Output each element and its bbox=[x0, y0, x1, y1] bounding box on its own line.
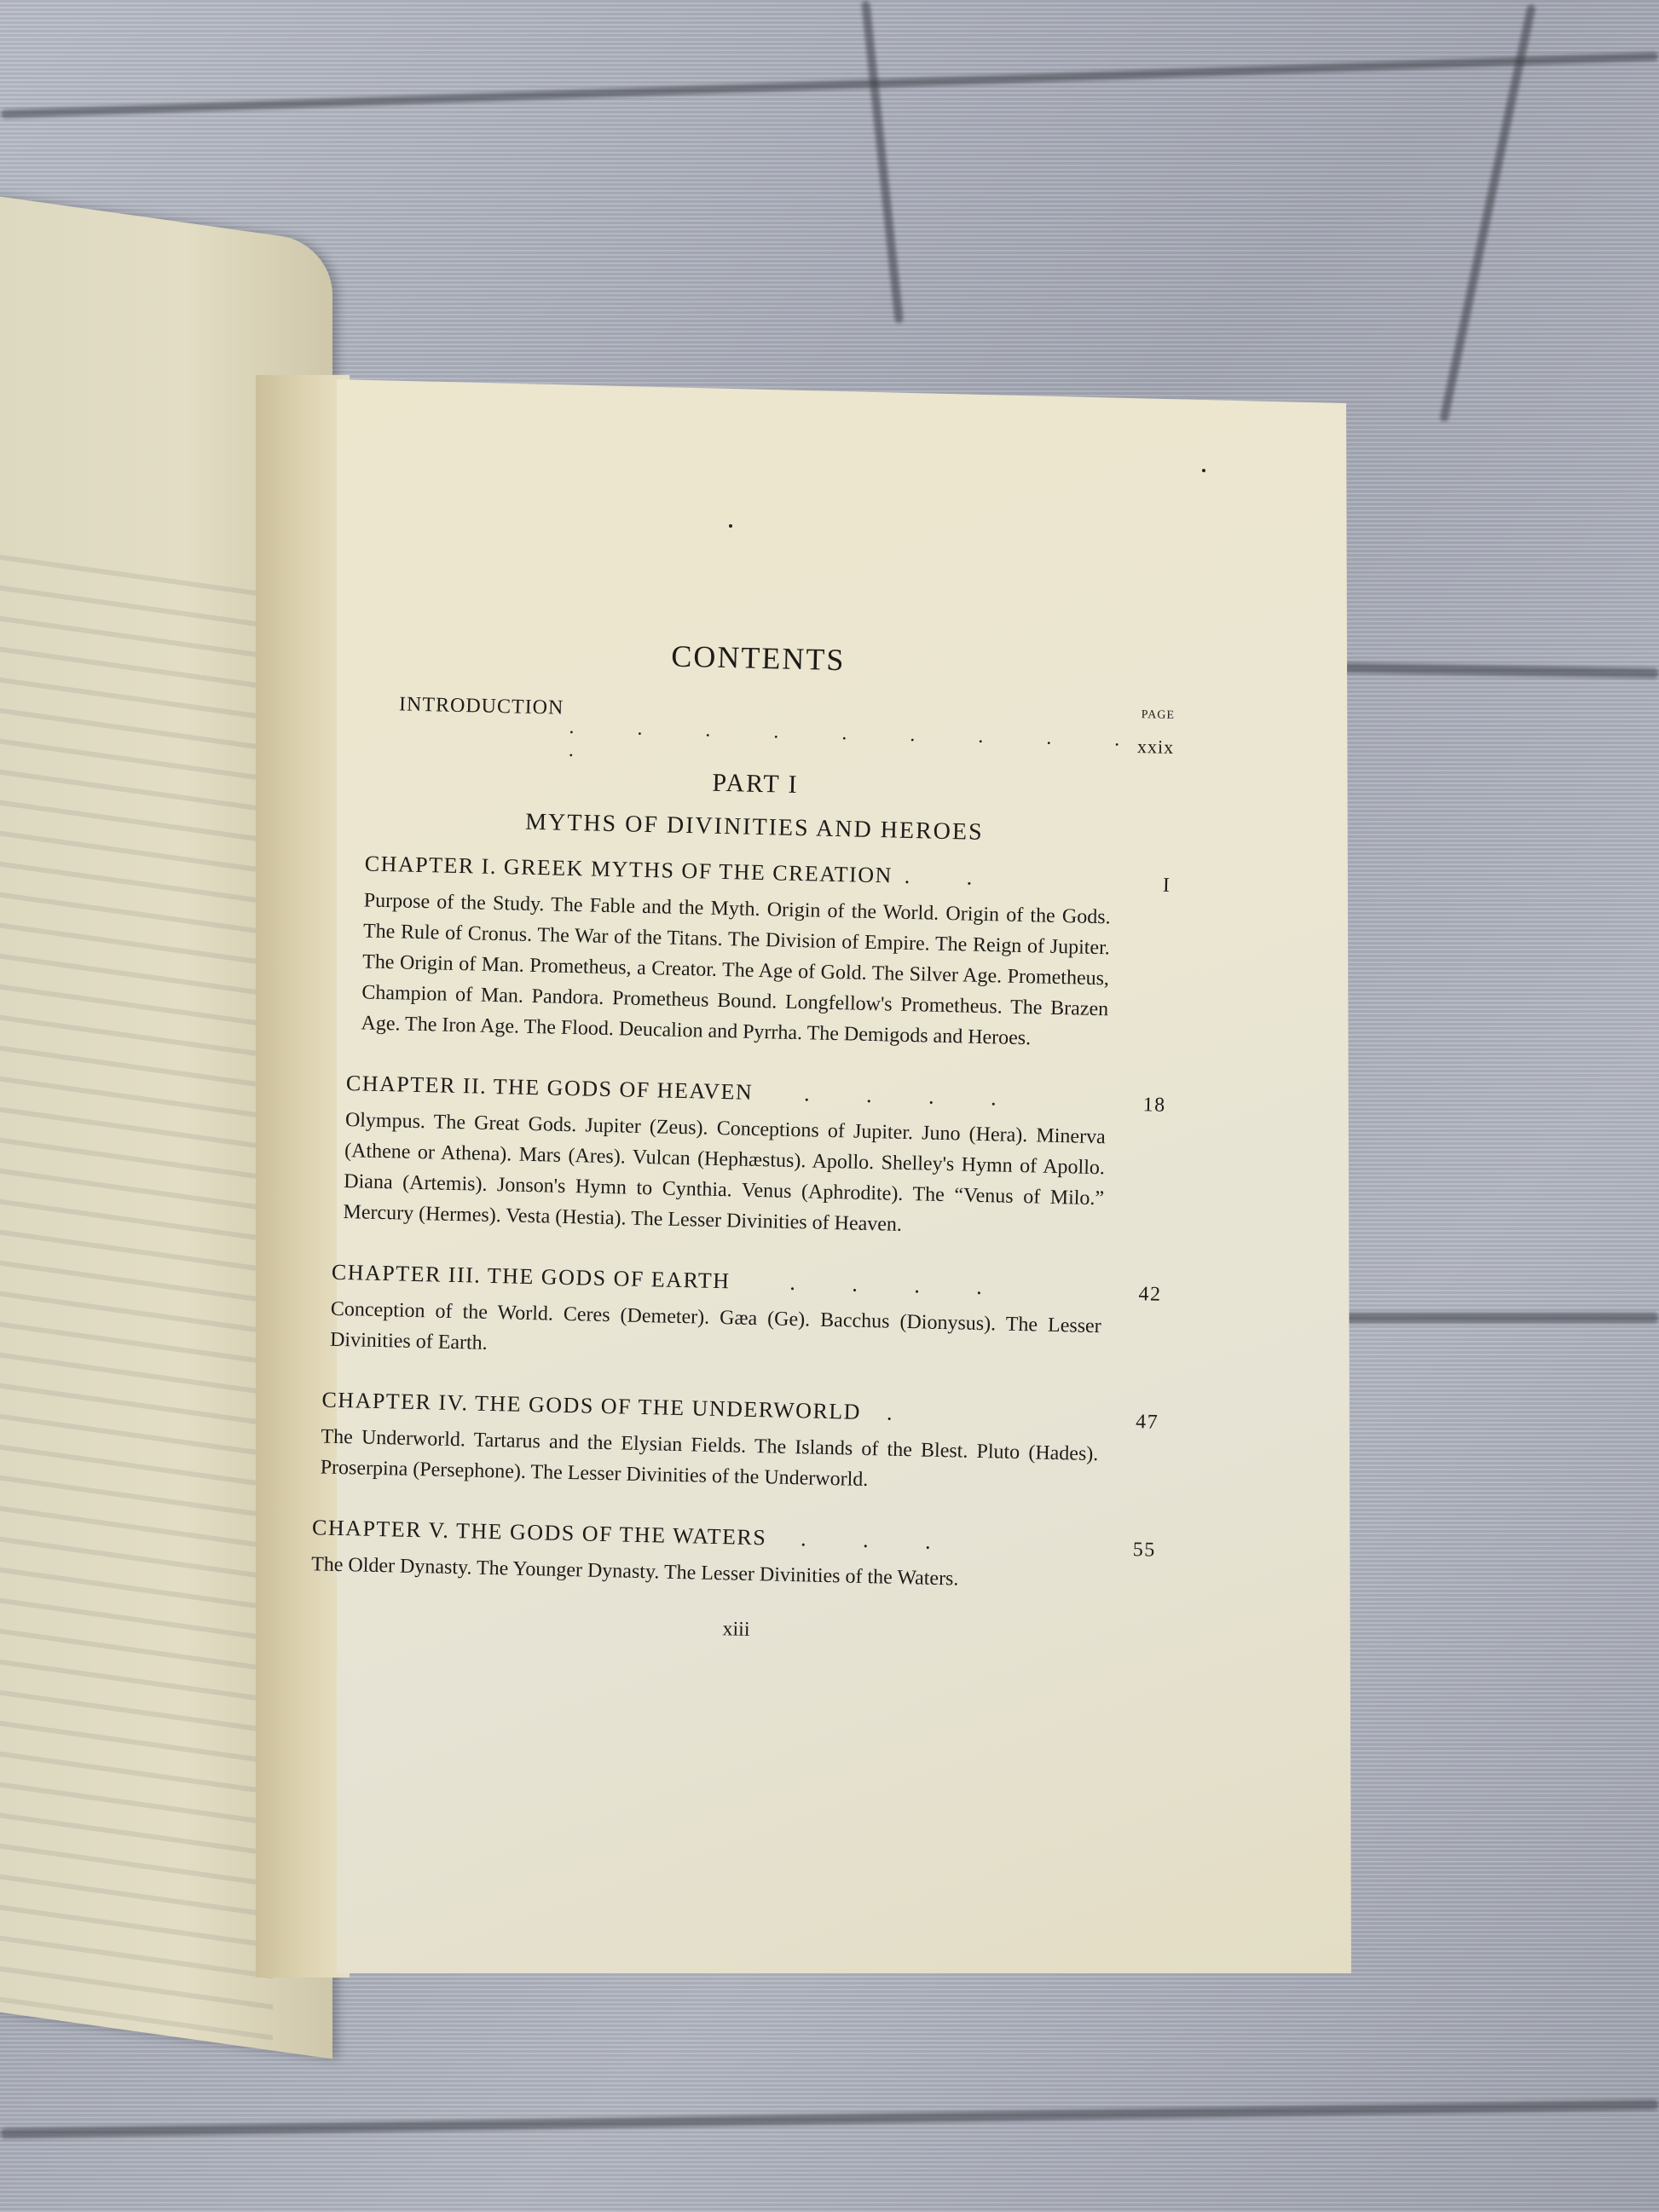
chapter-title: CHAPTER II. THE GODS OF HEAVEN bbox=[346, 1071, 754, 1105]
book-gutter bbox=[256, 375, 350, 1978]
chapter-page-number: 55 bbox=[1132, 1539, 1156, 1562]
toc-chapter: CHAPTER III. THE GODS OF EARTH. . . . 42… bbox=[330, 1260, 1153, 1374]
chapter-page-number: 18 bbox=[1142, 1094, 1166, 1118]
chapter-page-number: 42 bbox=[1138, 1283, 1162, 1307]
dot-leader: . bbox=[887, 1401, 918, 1426]
table-of-contents: CONTENTS INTRODUCTION . . . . . . . . . … bbox=[327, 631, 1167, 1650]
introduction-label: INTRODUCTION bbox=[399, 693, 564, 719]
mortar-line bbox=[1330, 1313, 1659, 1323]
dot-leader: . . . . bbox=[789, 1270, 1008, 1300]
chapter-page-number: I bbox=[1163, 875, 1171, 898]
toc-chapter: CHAPTER II. THE GODS OF HEAVEN. . . . 18… bbox=[343, 1071, 1158, 1246]
chapter-title: CHAPTER III. THE GODS OF EARTH bbox=[332, 1260, 731, 1294]
chapter-description: Conception of the World. Ceres (Demeter)… bbox=[330, 1294, 1153, 1374]
paper-speck bbox=[729, 524, 732, 528]
chapter-title: CHAPTER V. THE GODS OF THE WATERS bbox=[312, 1515, 767, 1550]
introduction-page-number: xxix bbox=[1137, 736, 1175, 759]
page-column-header: PAGE bbox=[1142, 708, 1176, 723]
toc-chapter: CHAPTER IV. THE GODS OF THE UNDERWORLD. … bbox=[320, 1387, 1150, 1501]
dot-leader: . . bbox=[904, 863, 997, 890]
toc-chapter: CHAPTER I. GREEK MYTHS OF THE CREATION. … bbox=[361, 851, 1163, 1056]
dot-leader: . . . bbox=[801, 1526, 957, 1554]
dot-leader: . . . . bbox=[804, 1081, 1022, 1111]
chapter-title: CHAPTER IV. THE GODS OF THE UNDERWORLD bbox=[321, 1387, 861, 1424]
chapter-title: CHAPTER I. GREEK MYTHS OF THE CREATION bbox=[364, 851, 893, 887]
chapter-description: The Underworld. Tartarus and the Elysian… bbox=[320, 1421, 1149, 1501]
chapter-description: Olympus. The Great Gods. Jupiter (Zeus).… bbox=[343, 1105, 1157, 1246]
chapter-description: Purpose of the Study. The Fable and the … bbox=[361, 885, 1162, 1056]
paper-speck bbox=[1202, 469, 1205, 472]
toc-entry-introduction: INTRODUCTION . . . . . . . . . . PAGE xx… bbox=[347, 692, 1166, 771]
toc-chapter: CHAPTER V. THE GODS OF THE WATERS. . . 5… bbox=[311, 1515, 1147, 1598]
chapter-page-number: 47 bbox=[1136, 1411, 1159, 1435]
part-subtitle: MYTHS OF DIVINITIES AND HEROES bbox=[345, 805, 1164, 851]
bleed-through-text bbox=[0, 550, 273, 2042]
